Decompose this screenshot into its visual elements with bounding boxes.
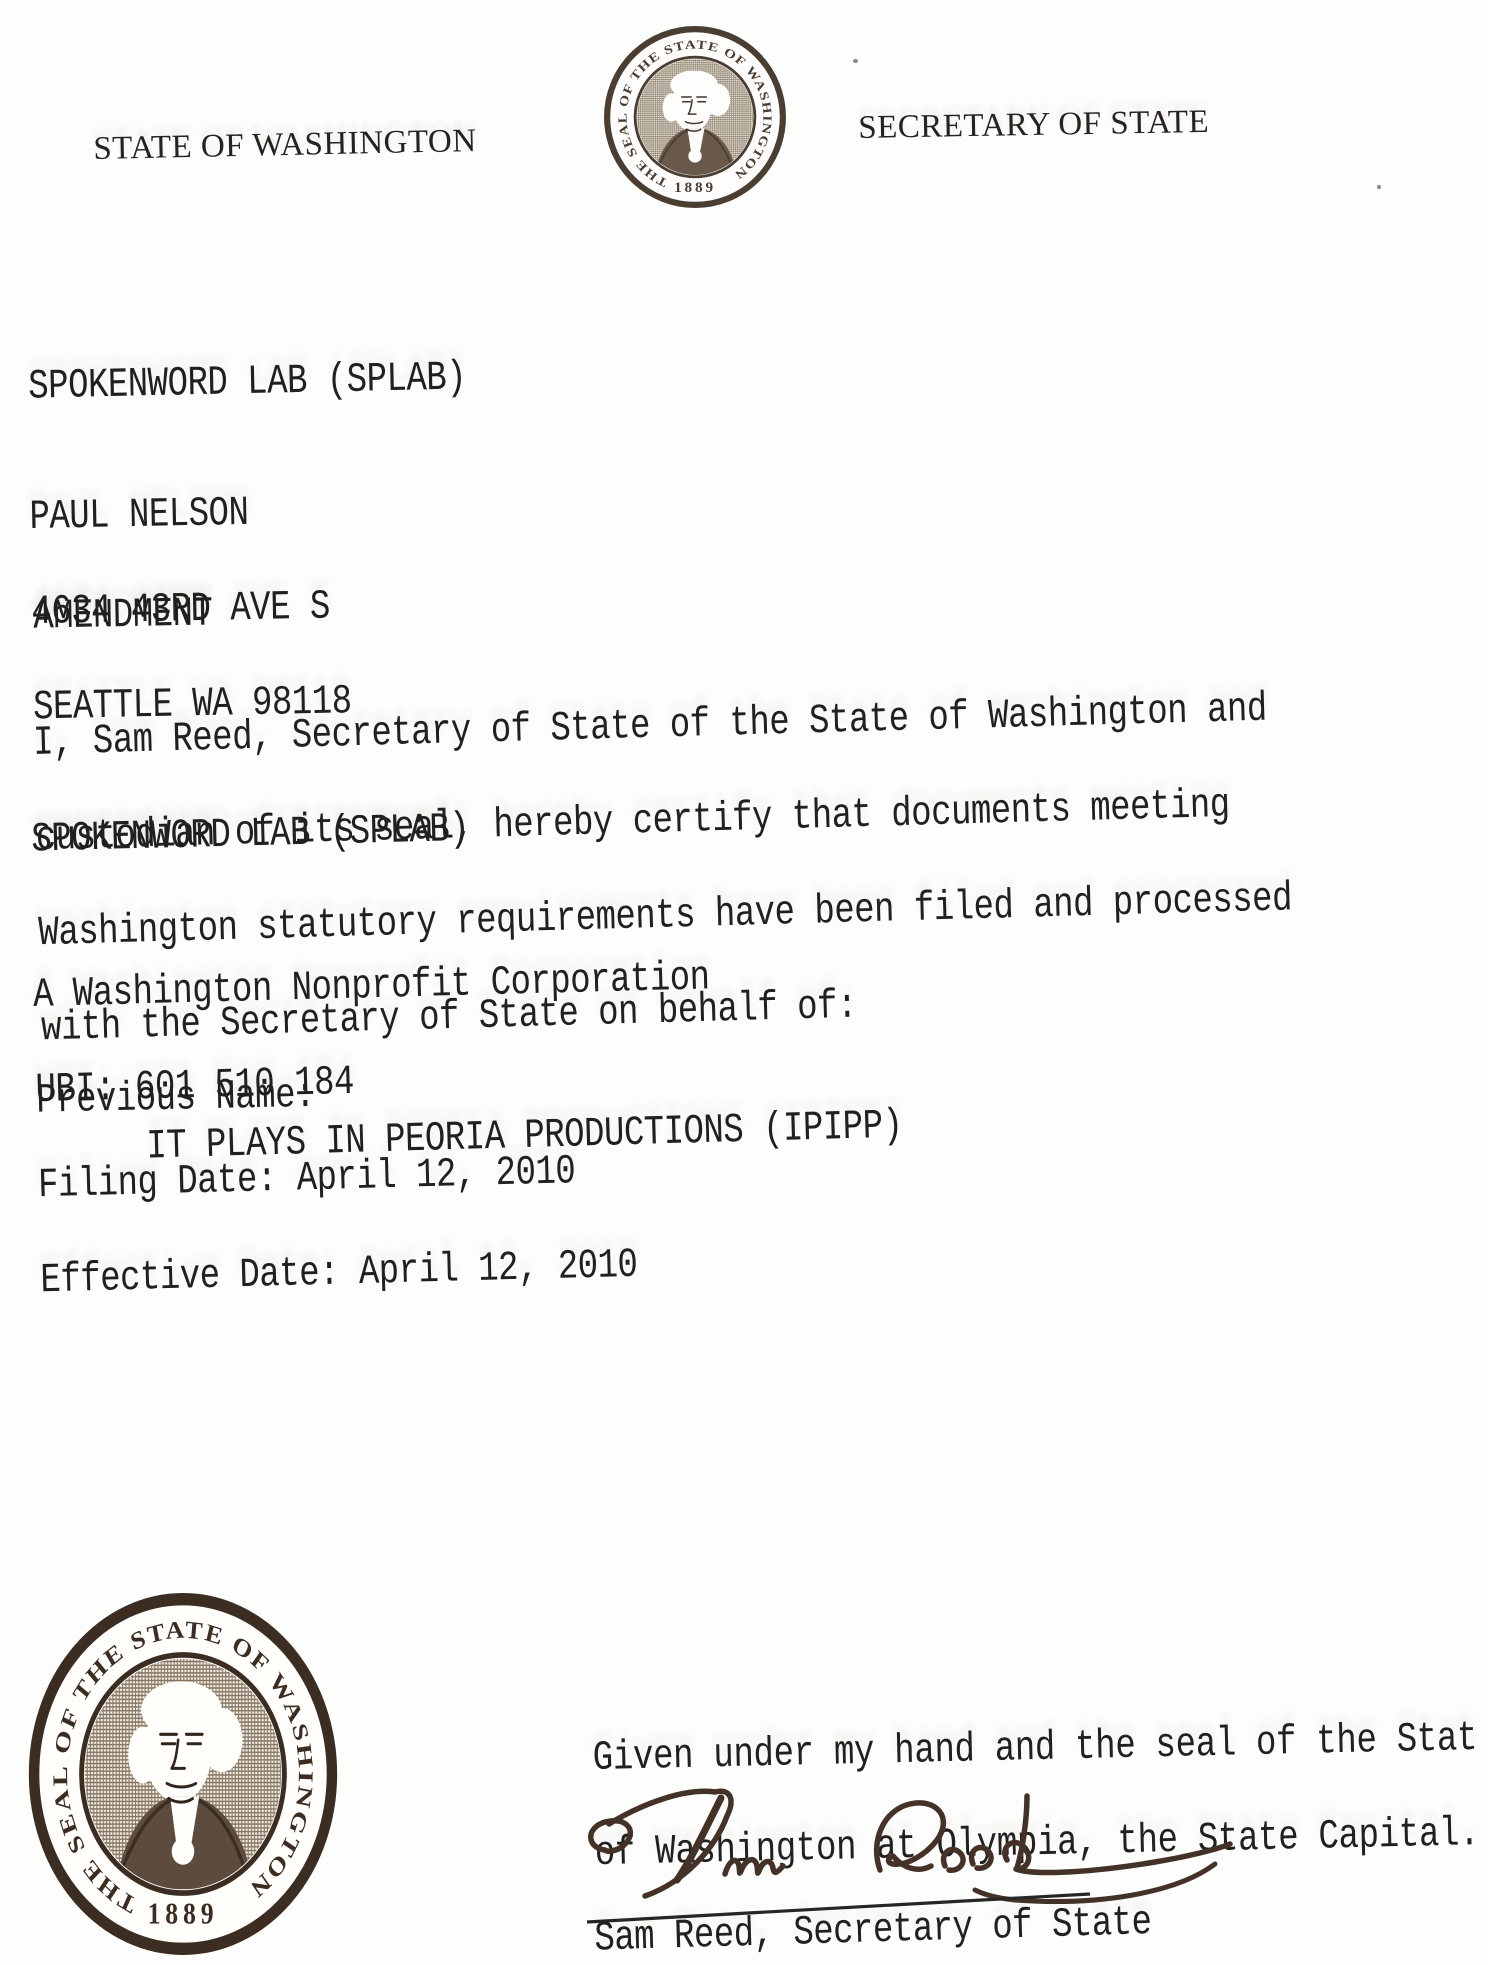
scan-speck (853, 59, 858, 63)
entity-type: A Washington Nonprofit Corporation (33, 963, 710, 1012)
secretary-of-state-title: SECRETARY OF STATE (858, 104, 1209, 147)
washington-state-seal-top (600, 22, 790, 212)
state-of-washington-title: STATE OF WASHINGTON (93, 123, 477, 168)
scan-speck (1377, 185, 1381, 189)
certification-line: I, Sam Reed, Secretary of State of the S… (33, 693, 1287, 760)
recipient-name: PAUL NELSON (29, 496, 348, 534)
signer-name-title: Sam Reed, Secretary of State (594, 1907, 1152, 1955)
closing-line: Given under my hand and the seal of the … (592, 1723, 1477, 1775)
entity-effective-date: Effective Date: April 12, 2010 (40, 1248, 717, 1297)
recipient-org: SPOKENWORD LAB (SPLAB) (28, 363, 466, 404)
entity-name: SPOKENWORD LAB (SPLAB) (31, 814, 470, 856)
subject-heading: AMENDMENT (33, 599, 213, 634)
letter-page: THE SEAL OF THE STATE OF WASHINGTON 1889… (0, 0, 1488, 1965)
previous-name-label: Previous Name: (36, 1080, 315, 1118)
washington-state-seal-bottom (22, 1585, 344, 1963)
